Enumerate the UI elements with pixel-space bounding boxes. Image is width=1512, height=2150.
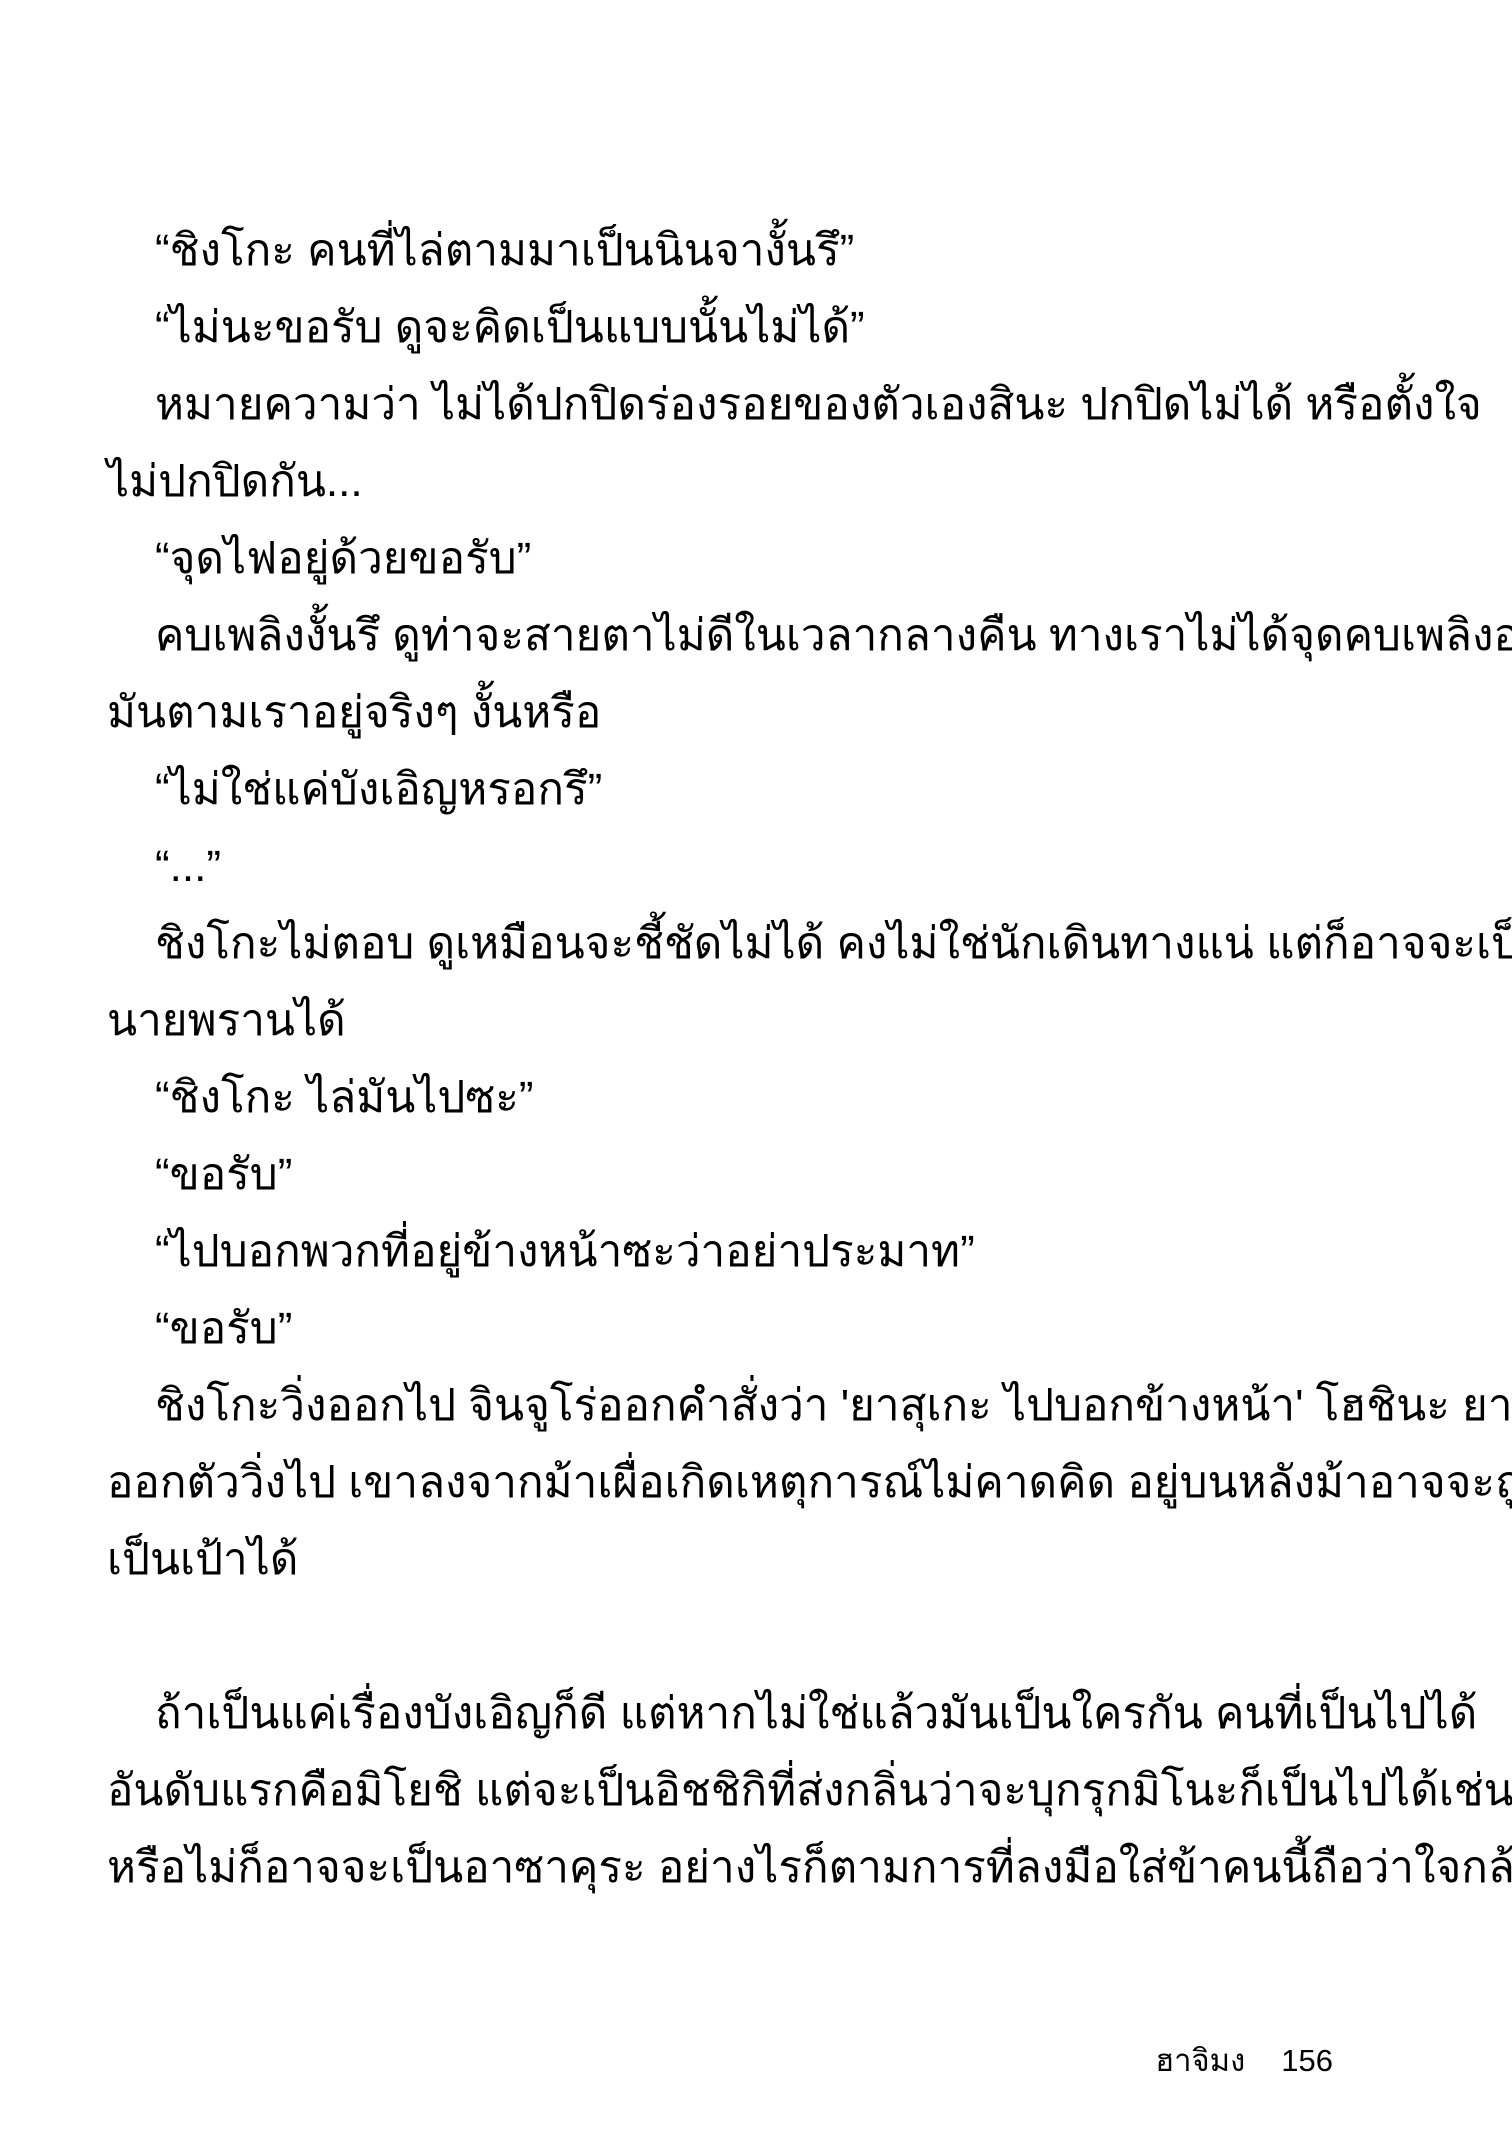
text-line: อันดับแรกคือมิโยชิ แต่จะเป็นอิชชิกิที่ส่…: [107, 1752, 1427, 1829]
book-title: ฮาจิมง: [1155, 2036, 1245, 2086]
text-line: คบเพลิงงั้นรึ ดูท่าจะสายตาไม่ดีในเวลากลา…: [107, 597, 1427, 674]
text-line: “ขอรับ”: [107, 1290, 1427, 1367]
body-text: “ชิงโกะ คนที่ไล่ตามมาเป็นนินจางั้นรึ” “ไ…: [107, 212, 1427, 1906]
paragraph-spacer: [107, 1598, 1427, 1675]
text-line: หมายความว่า ไม่ได้ปกปิดร่องรอยของตัวเองส…: [107, 366, 1427, 443]
page-number: 156: [1281, 2036, 1333, 2086]
text-line: ไม่ปกปิดกัน...: [107, 443, 1427, 520]
text-line: “...”: [107, 828, 1427, 905]
text-line: “ไม่นะขอรับ ดูจะคิดเป็นแบบนั้นไม่ได้”: [107, 289, 1427, 366]
text-line: “จุดไฟอยู่ด้วยขอรับ”: [107, 520, 1427, 597]
text-line: เป็นเป้าได้: [107, 1521, 1427, 1598]
text-line: “ไปบอกพวกที่อยู่ข้างหน้าซะว่าอย่าประมาท”: [107, 1213, 1427, 1290]
text-line: ชิงโกะไม่ตอบ ดูเหมือนจะชี้ชัดไม่ได้ คงไม…: [107, 905, 1427, 982]
text-line: “ไม่ใช่แค่บังเอิญหรอกรึ”: [107, 751, 1427, 828]
text-line: หรือไม่ก็อาจจะเป็นอาซาคุระ อย่างไรก็ตามก…: [107, 1829, 1427, 1906]
text-line: “ขอรับ”: [107, 1136, 1427, 1213]
text-line: “ชิงโกะ คนที่ไล่ตามมาเป็นนินจางั้นรึ”: [107, 212, 1427, 289]
text-line: มันตามเราอยู่จริงๆ งั้นหรือ: [107, 674, 1427, 751]
book-page: “ชิงโกะ คนที่ไล่ตามมาเป็นนินจางั้นรึ” “ไ…: [0, 0, 1512, 2150]
text-line: ชิงโกะวิ่งออกไป จินจูโร่ออกคำสั่งว่า 'ยา…: [107, 1367, 1427, 1444]
text-line: “ชิงโกะ ไล่มันไปซะ”: [107, 1059, 1427, 1136]
text-line: นายพรานได้: [107, 982, 1427, 1059]
text-line: ออกตัววิ่งไป เขาลงจากม้าเผื่อเกิดเหตุการ…: [107, 1444, 1427, 1521]
page-footer: ฮาจิมง 156: [1155, 2036, 1333, 2086]
text-line: ถ้าเป็นแค่เรื่องบังเอิญก็ดี แต่หากไม่ใช่…: [107, 1675, 1427, 1752]
